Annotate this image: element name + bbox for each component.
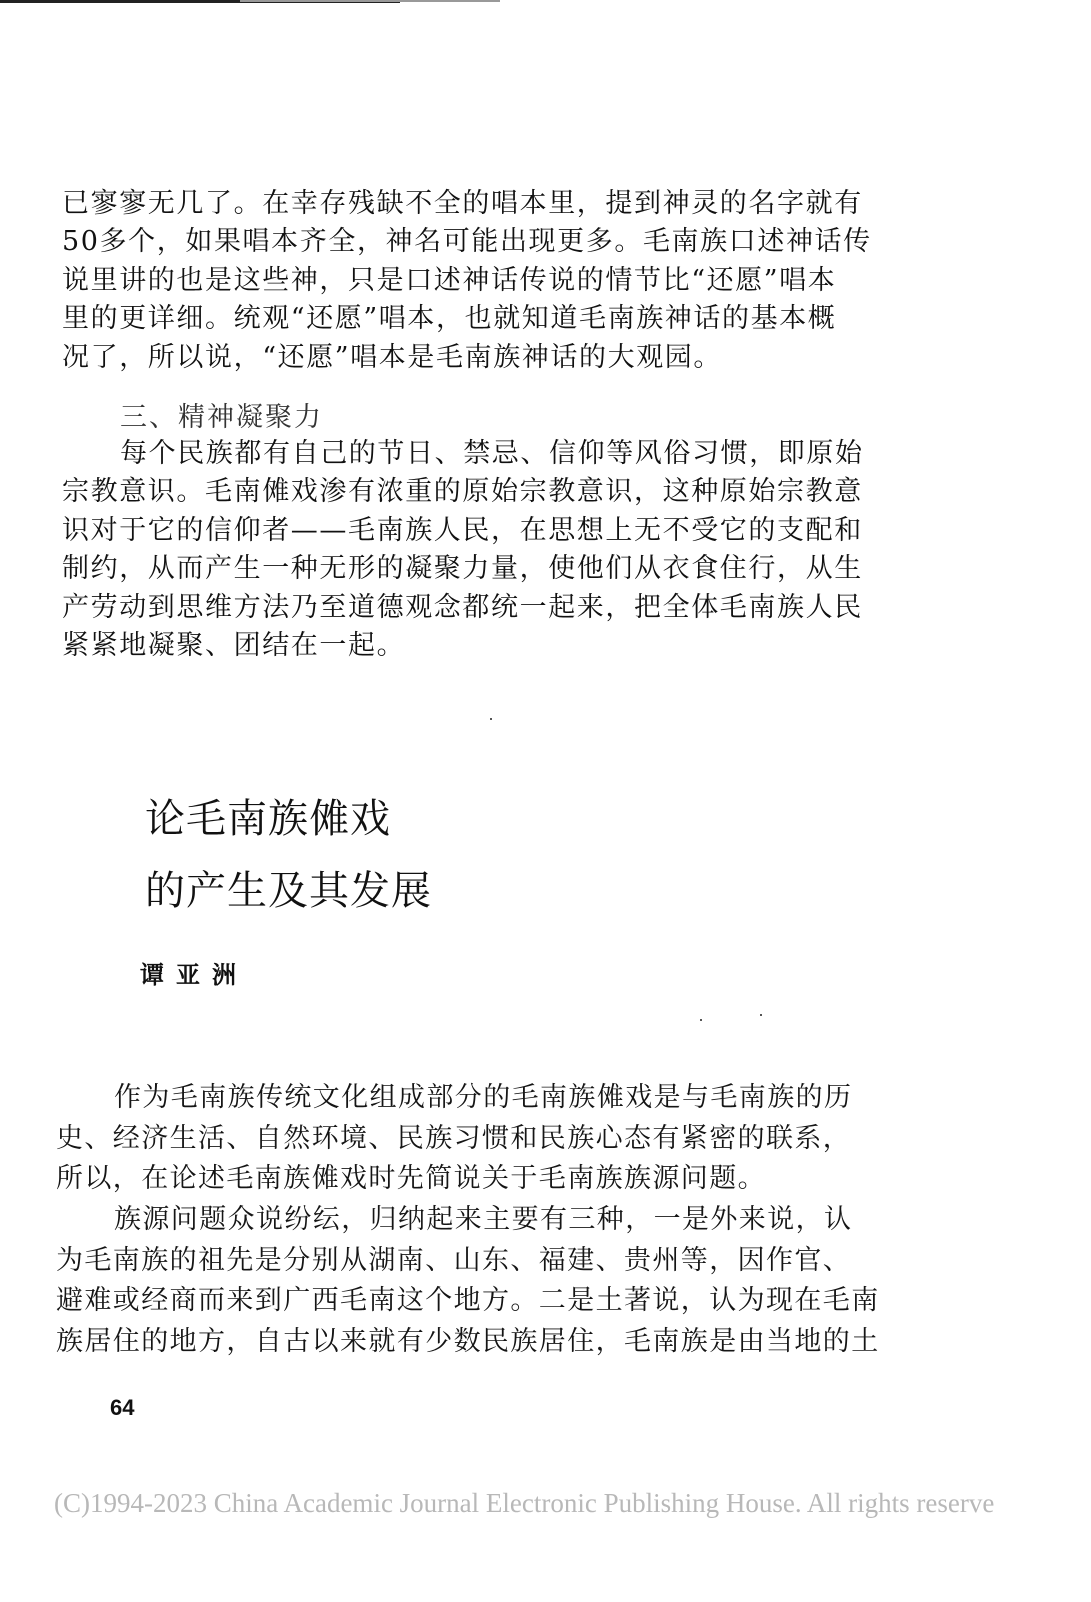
text-line: 50多个，如果唱本齐全，神名可能出现更多。毛南族口述神话传 (62, 223, 852, 261)
text-line: 每个民族都有自己的节日、禁忌、信仰等风俗习惯，即原始 (62, 435, 852, 473)
text-line: 产劳动到思维方法乃至道德观念都统一起来，把全体毛南族人民 (62, 589, 852, 627)
title-line: 论毛南族傩戏 (145, 783, 432, 855)
copyright-watermark: (C)1994-2023 China Academic Journal Elec… (54, 1488, 994, 1519)
text-line: 宗教意识。毛南傩戏渗有浓重的原始宗教意识，这种原始宗教意 (62, 473, 852, 511)
text-line: 制约，从而产生一种无形的凝聚力量，使他们从衣食住行，从生 (62, 550, 852, 588)
scan-edge-artifact (240, 0, 500, 2)
text-line: 史、经济生活、自然环境、民族习惯和民族心态有紧密的联系， (56, 1119, 856, 1160)
scan-speck (490, 718, 492, 720)
text-line: 为毛南族的祖先是分别从湖南、山东、福建、贵州等，因作官、 (56, 1241, 856, 1282)
scan-speck (760, 1014, 762, 1016)
article-paragraph-1: 作为毛南族传统文化组成部分的毛南族傩戏是与毛南族的历 史、经济生活、自然环境、民… (56, 1078, 856, 1200)
text-line: 作为毛南族传统文化组成部分的毛南族傩戏是与毛南族的历 (56, 1078, 856, 1119)
text-line: 所以，在论述毛南族傩戏时先简说关于毛南族族源问题。 (56, 1159, 856, 1200)
text-line: 族源问题众说纷纭，归纳起来主要有三种，一是外来说，认 (56, 1200, 856, 1241)
title-line: 的产生及其发展 (145, 855, 432, 927)
text-line: 里的更详细。统观“还愿”唱本，也就知道毛南族神话的基本概 (62, 300, 852, 338)
text-line: 说里讲的也是这些神，只是口述神话传说的情节比“还愿”唱本 (62, 262, 852, 300)
text-line: 族居住的地方，自古以来就有少数民族居住，毛南族是由当地的土 (56, 1322, 856, 1363)
page-number: 64 (110, 1395, 134, 1421)
article-author: 谭亚洲 (140, 955, 248, 990)
text-line: 已寥寥无几了。在幸存残缺不全的唱本里，提到神灵的名字就有 (62, 185, 852, 223)
article-title: 论毛南族傩戏 的产生及其发展 (145, 783, 432, 927)
text-line: 紧紧地凝聚、团结在一起。 (62, 627, 852, 665)
text-line: 识对于它的信仰者——毛南族人民，在思想上无不受它的支配和 (62, 512, 852, 550)
text-line: 况了，所以说，“还愿”唱本是毛南族神话的大观园。 (62, 339, 852, 377)
section-heading: 三、精神凝聚力 (120, 395, 323, 434)
scan-speck (700, 1019, 702, 1021)
text-line: 避难或经商而来到广西毛南这个地方。二是土著说，认为现在毛南 (56, 1281, 856, 1322)
previous-article-paragraph-2: 每个民族都有自己的节日、禁忌、信仰等风俗习惯，即原始 宗教意识。毛南傩戏渗有浓重… (62, 435, 852, 665)
article-paragraph-2: 族源问题众说纷纭，归纳起来主要有三种，一是外来说，认 为毛南族的祖先是分别从湖南… (56, 1200, 856, 1362)
previous-article-paragraph-1: 已寥寥无几了。在幸存残缺不全的唱本里，提到神灵的名字就有 50多个，如果唱本齐全… (62, 185, 852, 377)
